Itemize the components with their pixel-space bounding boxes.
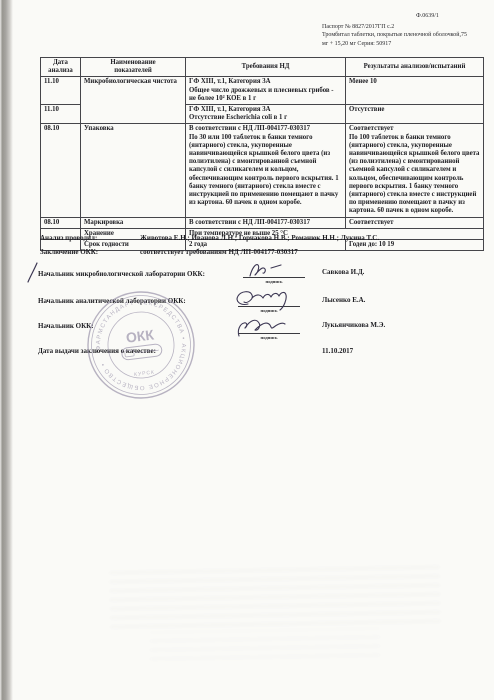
cell-result: Менее 10	[346, 77, 484, 105]
sig-name-savkova: Савкова И.Д.	[322, 268, 364, 276]
sig-label-microbio-head: Начальник микробиологической лаборатории…	[38, 270, 205, 278]
cell-result: Соответствует По 100 таблеток в банки те…	[346, 124, 484, 217]
cell-indicator: Упаковка	[81, 124, 186, 217]
cell-result: Отсутствие	[346, 105, 484, 124]
stamp-city-text: КУРСК	[134, 370, 156, 379]
cell-indicator: Маркировка	[81, 217, 186, 228]
passport-number: Паспорт № 8827/2017ГП с.2	[322, 23, 484, 31]
signature-caption: подпись	[243, 279, 305, 284]
cell-requirement: ГФ XIII, т.1, Категория 3А Общее число д…	[186, 77, 346, 105]
col-header-date: Дата анализа	[41, 58, 81, 77]
bleed-through-artifact	[150, 628, 380, 660]
cell-date: 08.10	[41, 124, 81, 217]
cell-date: 08.10	[41, 217, 81, 228]
sig-name-lukyanchikova: Лукьянчикова М.Э.	[322, 321, 385, 329]
col-header-req: Требования НД	[186, 58, 346, 77]
signature-scribble-savkova	[247, 261, 299, 279]
signature-caption: подпись	[238, 335, 300, 340]
cell-result: Соответствует	[346, 217, 484, 228]
sig-name-lysenko: Лысенко Е.А.	[322, 296, 365, 304]
form-code: Ф.0639/1	[416, 12, 439, 20]
analysts-label: Анализ проводил:	[40, 234, 97, 242]
cell-requirement: ГФ XIII, т.1, Категория 3А Отсутствие Es…	[186, 105, 346, 124]
col-header-name: Наименование показателей	[81, 58, 186, 77]
cell-date: 11.10	[41, 77, 81, 105]
analysts-names: Животова Е.Н.; Иванова Л.Н.; Горчакова Н…	[140, 234, 379, 242]
table-header-row: Дата анализа Наименование показателей Тр…	[41, 58, 484, 77]
conclusion-value: соответствует требованиям НД ЛП-004177-0…	[140, 248, 298, 256]
col-header-res: Результаты анализов/испытаний	[346, 58, 484, 77]
signature-caption: подпись	[238, 308, 300, 313]
cell-requirement: В соответствии с НД ЛП-004177-030317	[186, 217, 346, 228]
cell-requirement: В соответствии с НД ЛП-004177-030317 По …	[186, 124, 346, 217]
stamp-logo	[121, 344, 162, 361]
product-name-line2: мг + 15,20 мг Серия: 50917	[322, 40, 484, 48]
okk-round-stamp: ФАРМСТАНДАРТ-ЛЕКСРЕДСТВА • АКЦИОНЕРНОЕ О…	[79, 283, 204, 408]
scanned-quality-passport-page: Ф.0639/1 Паспорт № 8827/2017ГП с.2 Тромб…	[0, 0, 494, 700]
table-row: 08.10 Упаковка В соответствии с НД ЛП-00…	[41, 124, 484, 217]
passport-header-block: Паспорт № 8827/2017ГП с.2 Тромбитал табл…	[322, 23, 484, 48]
cell-indicator: Микробиологическая чистота	[81, 77, 186, 124]
analysis-results-table: Дата анализа Наименование показателей Тр…	[40, 57, 484, 251]
conclusion-label: Заключение ОКК:	[40, 248, 98, 256]
cell-date: 11.10	[41, 105, 81, 124]
issue-date-value: 11.10.2017	[322, 347, 353, 355]
product-name-line1: Тромбитал таблетки, покрытые пленочной о…	[322, 31, 484, 39]
stamp-center-text: ОКК	[125, 326, 155, 345]
scan-edge-shadow	[0, 0, 13, 700]
table-row: 08.10 Маркировка В соответствии с НД ЛП-…	[41, 217, 484, 228]
bleed-through-artifact	[110, 562, 441, 628]
table-row: 11.10 Микробиологическая чистота ГФ XIII…	[41, 77, 484, 105]
